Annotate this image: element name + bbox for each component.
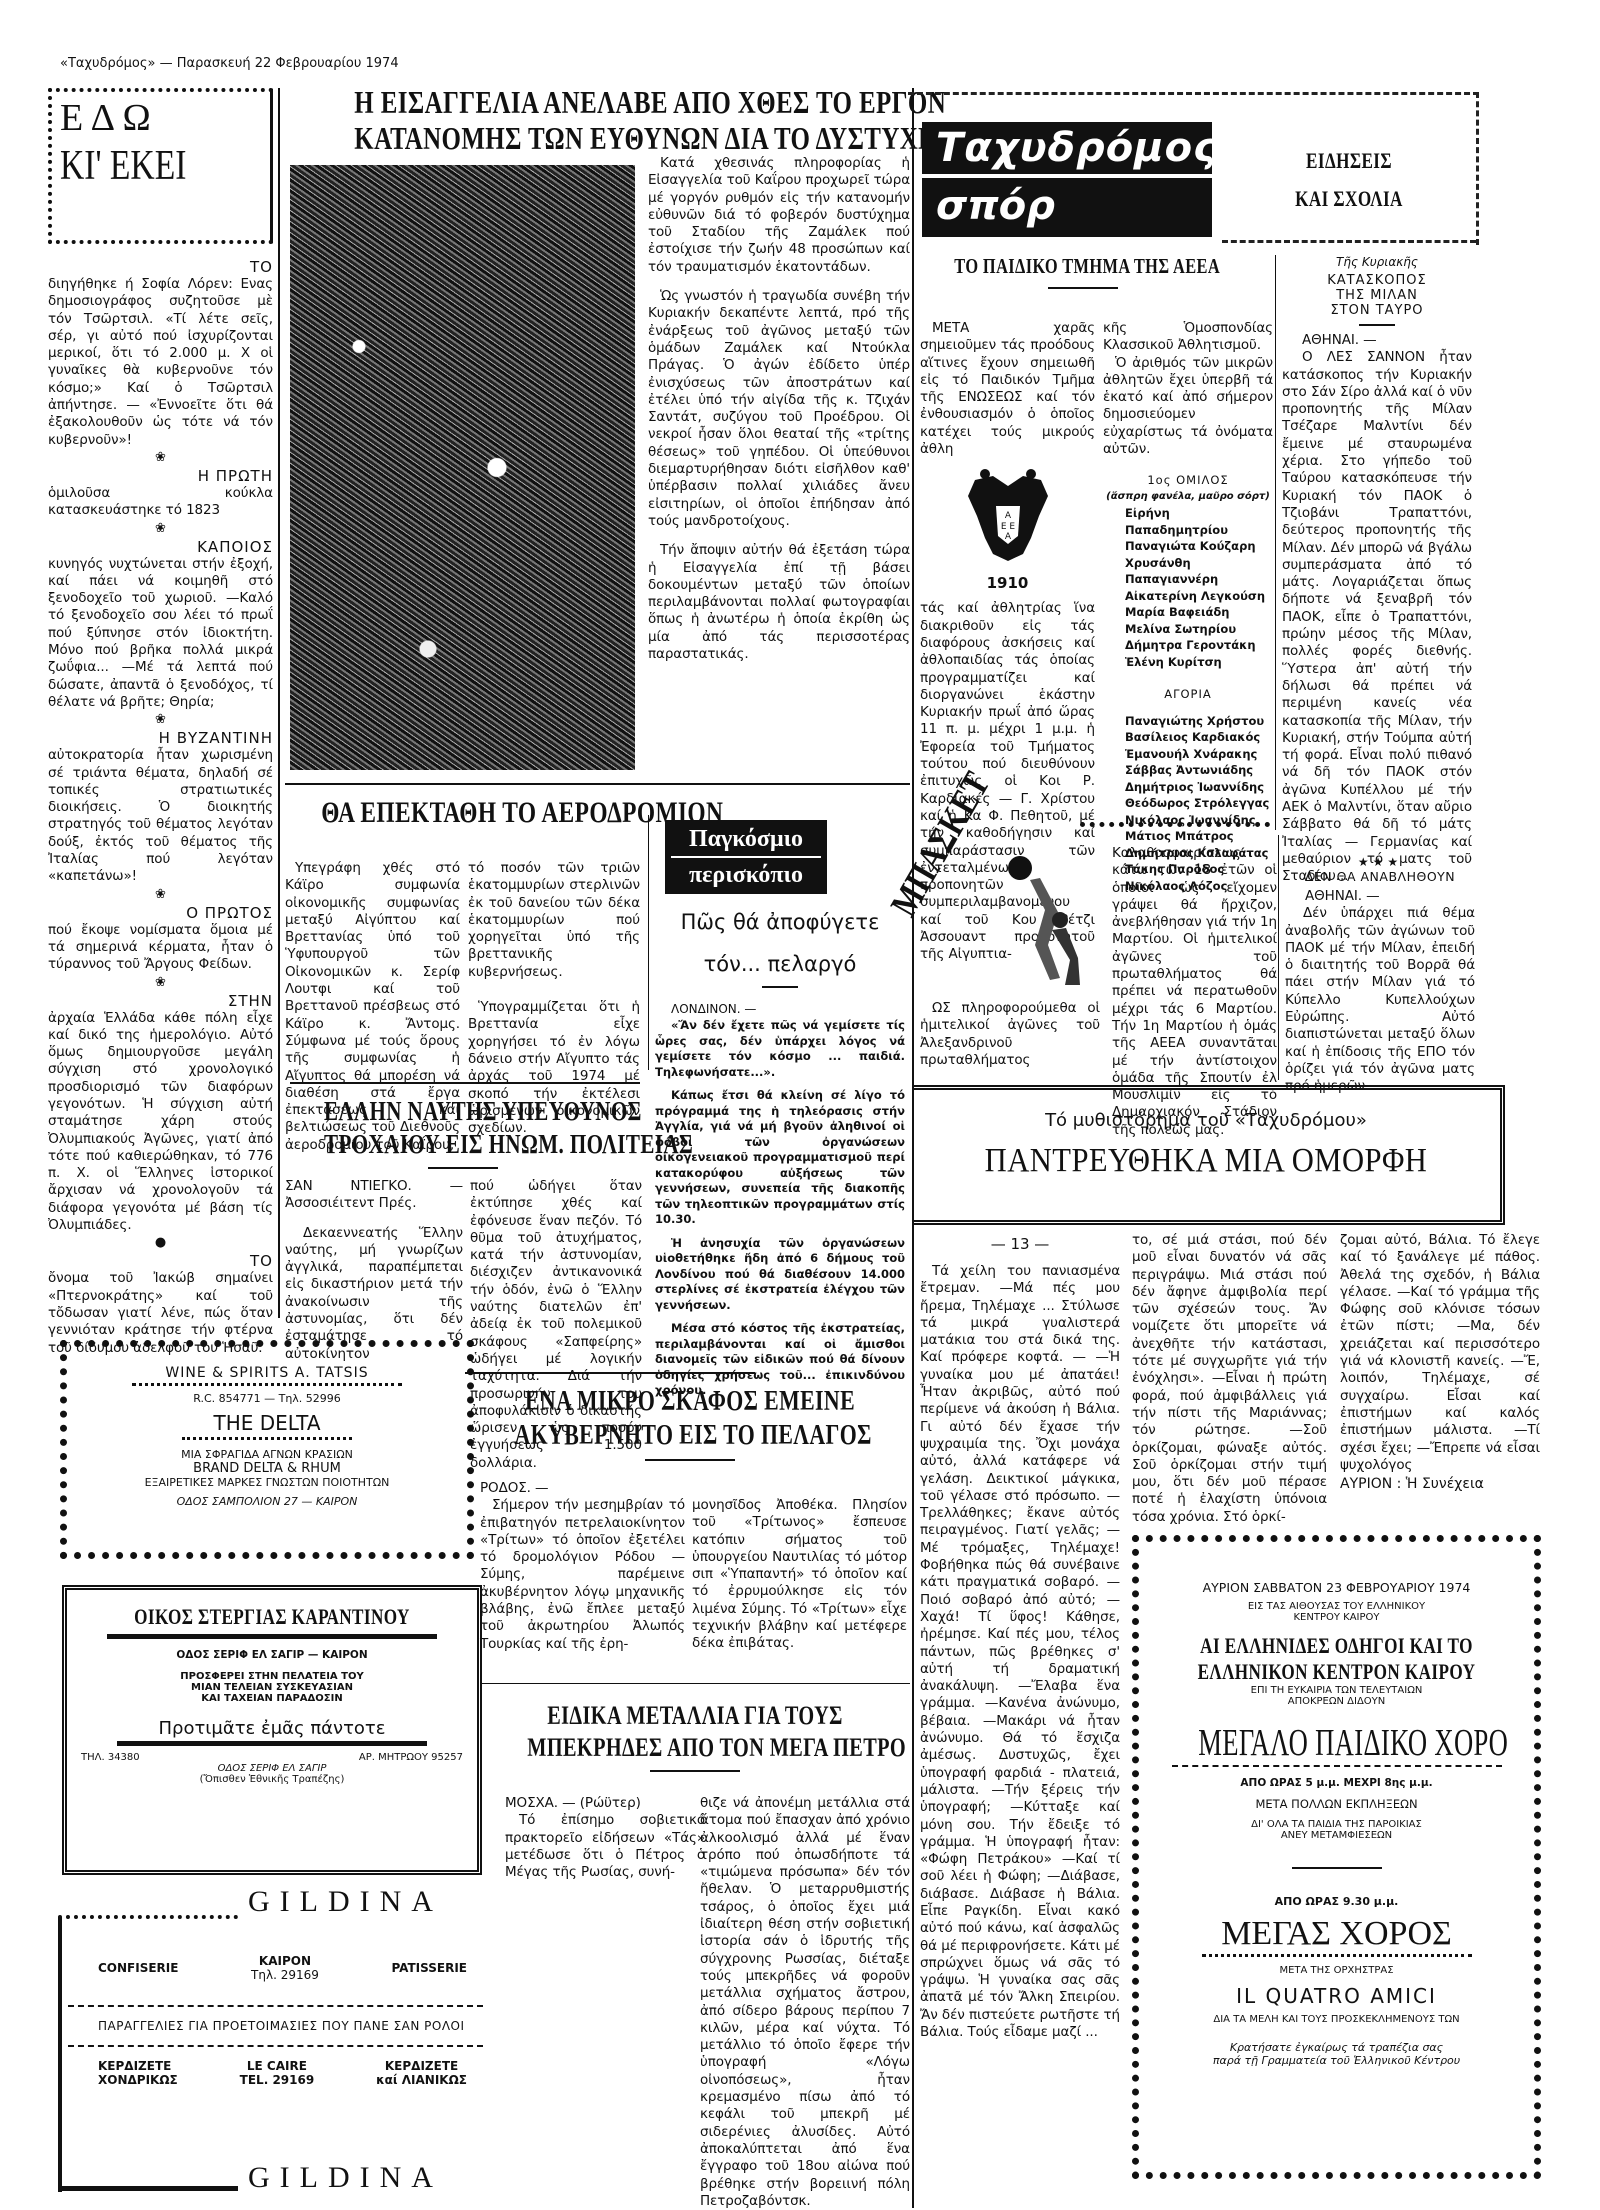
- left-column: Ε Δ Ω ΚΙ' ΕΚΕΙ ΤΟ διηγήθηκε ή Σοφία Λόρε…: [48, 88, 273, 1357]
- milan-text: Ο ΛΕΣ ΣΑΝΝΟΝ ἦταν κατάσκοπος τήν Κυριακή…: [1282, 349, 1472, 885]
- gildina-brand-top: GILDINA: [248, 1885, 443, 1919]
- left-item: ΤΟ διηγήθηκε ή Σοφία Λόρεν: Ενας δημοσιο…: [48, 258, 273, 467]
- column-divider: [278, 88, 280, 1318]
- box-title-line1: Ε Δ Ω: [60, 96, 262, 140]
- boat-story-headline: ΕΝΑ ΜΙΚΡΟ ΣΚΑΦΟΣ ΕΜΕΙΝΕ ΑΚΥΒΕΡΝΗΤΟ ΕΙΣ Τ…: [465, 1385, 915, 1461]
- group1-title: 1ος ΟΜΙΛΟΣ: [1103, 472, 1273, 489]
- left-item-lead: ΤΟ: [48, 258, 273, 276]
- ornament-icon: ●: [48, 1234, 273, 1252]
- tatsis-line4: ΜΙΑ ΣΦΡΑΓΙΔΑ ΑΓΝΩΝ ΚΡΑΣΙΩΝ: [67, 1448, 467, 1461]
- running-head: «Ταχυδρόμος» — Παρασκευή 22 Φεβρουαρίου …: [60, 56, 399, 71]
- svg-text:Α: Α: [1004, 532, 1011, 542]
- divider: [465, 1372, 755, 1374]
- left-item-lead: Ο ΠΡΩΤΟΣ: [48, 904, 273, 922]
- periscope-banner: Παγκόσμιο περισκόπιο: [665, 820, 827, 894]
- member-name: Θεόδωρος Στρόλεγγας: [1125, 795, 1273, 812]
- left-item-text: κυνηγός νυχτώνεται στήν ἐξοχή, καί πάει …: [48, 556, 273, 712]
- hc-line16: IL QUATRO AMICI: [1139, 1984, 1534, 2008]
- milan-headline-2: ΤΗΣ ΜΙΛΑΝ: [1282, 288, 1472, 303]
- gildina-patisserie: PATISSERIE: [391, 1961, 467, 1975]
- no-postpone-story: ★★★ ΔΕΝ ΘΑ ΑΝΑΒΛΗΘΟΥΝ ΑΘΗΝΑΙ. — Δέν ὑπάρ…: [1285, 855, 1475, 1096]
- gildina-tel: TEL. 29169: [240, 2073, 315, 2087]
- kids-col2-p2: Ὁ ἀριθμός τῶν μικρῶν ἀθλητῶν ἔχει ὑπερβῆ…: [1103, 355, 1273, 459]
- lead-story-headline: Η ΕΙΣΑΓΓΕΛΙΑ ΑΝΕΛΑΒΕ ΑΠΟ ΧΘΕΣ ΤΟ ΕΡΓΟΝ Κ…: [285, 84, 915, 156]
- tatsis-line6: ΕΞΑΙΡΕΤΙΚΕΣ ΜΑΡΚΕΣ ΓΝΩΣΤΩΝ ΠΟΙΟΤΗΤΩΝ: [67, 1476, 467, 1489]
- sailor-headline-line2: ΤΡΟΧΑΙΟΥ ΕΙΣ ΗΝΩΜ. ΠΟΛΙΤΕΙΑΣ: [324, 1128, 601, 1161]
- tatsis-line2: R.C. 854771 — Τηλ. 52996: [67, 1392, 467, 1405]
- news-comments-box: ΕΙΔΗΣΕΙΣ ΚΑΙ ΣΧΟΛΙΑ: [1222, 140, 1476, 243]
- sailor-story-headline: ΕΛΛΗΝ ΝΑΥΤΗΣ ΥΠΕΥΘΥΝΟΣ ΤΡΟΧΑΙΟΥ ΕΙΣ ΗΝΩΜ…: [285, 1095, 640, 1169]
- no-postpone-dateline: ΑΘΗΝΑΙ. —: [1285, 888, 1475, 905]
- hc-line19: παρά τῇ Γραμματεία τοῦ Ἑλληνικοῦ Κέντρου: [1139, 2054, 1534, 2067]
- medals-col1: ΜΟΣΧΑ. — (Ρώϋτερ) Τό ἐπίσημο σοβιετικό π…: [505, 1795, 705, 1881]
- periscope-title-line2: τόν... πελαργό: [655, 952, 905, 976]
- left-item: Η ΒΥΖΑΝΤΙΝΗ αὐτοκρατορία ἦταν χωρισμένη …: [48, 729, 273, 903]
- member-name: Αἰκατερίνη Λεγκούση: [1125, 588, 1273, 605]
- milan-headline-1: ΚΑΤΑΣΚΟΠΟΣ: [1282, 273, 1472, 288]
- divider: [290, 1082, 640, 1084]
- sports-banner: Ταχυδρόμος σπόρ: [922, 122, 1212, 237]
- left-item-text: ἀρχαία Ἑλλάδα κάθε πόλη εἶχε καί δικό τη…: [48, 1010, 273, 1235]
- stadium-photo: [290, 165, 635, 770]
- member-name: Βασίλειος Καρδιακός: [1125, 729, 1273, 746]
- gildina-brand-bottom: GILDINA: [248, 2161, 443, 2195]
- column-divider: [1278, 835, 1279, 1080]
- hc-line17: ΔΙΑ ΤΑ ΜΕΛΗ ΚΑΙ ΤΟΥΣ ΠΡΟΣΚΕΚΛΗΜΕΝΟΥΣ ΤΩΝ: [1139, 2014, 1534, 2025]
- novel-col3-text: ζομαι αὐτό, Βάλια. Τό ἔλεγε καί τό ξανάλ…: [1340, 1232, 1540, 1474]
- medals-col1-text: Τό ἐπίσημο σοβιετικό πρακτορεῖο εἰδήσεων…: [505, 1812, 705, 1881]
- gildina-phone: Τηλ. 29169: [251, 1968, 319, 1982]
- boat-col1-text: Σήμερον τήν μεσημβρίαν τό ἐπιβατηγόν πετ…: [480, 1497, 685, 1653]
- novel-col2: το, σέ μιά στάσι, πού δέν μοῦ εἶναι δυνα…: [1132, 1232, 1327, 1526]
- no-postpone-text: Δέν ὑπάρχει πιά θέμα ἀναβολῆς τῶν ἀγώνων…: [1285, 905, 1475, 1095]
- ornament-icon: ❀: [48, 711, 273, 729]
- column-divider: [1275, 255, 1276, 830]
- medals-headline-line2: ΜΠΕΚΡΗΔΕΣ ΑΠΟ ΤΟΝ ΜΕΓΑ ΠΕΤΡΟ: [527, 1732, 862, 1764]
- hc-line14: ΜΕΓΑΣ ΧΟΡΟΣ: [1139, 1914, 1534, 1954]
- gildina-retail-1: ΚΕΡΔΙΖΕΤΕ: [376, 2059, 467, 2073]
- basket-col1: ΩΣ πληροφορούμεθα οἱ ἡμιτελικοί ἀγῶνες τ…: [920, 1000, 1100, 1069]
- left-item: Η ΠΡΩΤΗ ὁμιλοῦσα κούκλα κατασκευάστηκε τ…: [48, 467, 273, 538]
- lead-headline-line2: ΚΑΤΑΝΟΜΗΣ ΤΩΝ ΕΥΘΥΝΩΝ ΔΙΑ ΤΟ ΔΥΣΤΥΧΗΜΑ: [354, 120, 845, 156]
- news-comments-line1: ΕΙΔΗΣΕΙΣ: [1250, 146, 1448, 176]
- milan-headline-3: ΣΤΟΝ ΤΑΥΡΟ: [1282, 303, 1472, 318]
- novel-header-box: Τό μυθιστόρημα τοῦ «Ταχυδρόμου» ΠΑΝΤΡΕΥΘ…: [912, 1085, 1505, 1225]
- karantinou-offer3: ΚΑΙ ΤΑΧΕΙΑΝ ΠΑΡΑΔΟΣΙΝ: [67, 1693, 477, 1704]
- hc-line7: ΑΠΟΚΡΕΩΝ ΔΙΔΟΥΝ: [1139, 1696, 1534, 1707]
- paragraph: Ὡς γνωστόν ἡ τραγωδία συνέβη τήν Κυριακή…: [648, 288, 910, 530]
- karantinou-address2: ΟΔΟΣ ΣΕΡΙΦ ΕΛ ΣΑΓΙΡ: [67, 1763, 477, 1774]
- sailor-dateline: ΣΑΝ ΝΤΙΕΓΚΟ. — Ἀσσοσιέιτεντ Πρές.: [285, 1178, 463, 1213]
- karantinou-phone: ΤΗΛ. 34380: [81, 1752, 140, 1763]
- karantinou-title: ΟΙΚΟΣ ΣΤΕΡΓΙΑΣ ΚΑΡΑΝΤΙΝΟΥ: [112, 1604, 432, 1630]
- gildina-wholesale-2: ΧΟΝΔΡΙΚΩΣ: [98, 2073, 178, 2087]
- member-name: Ἑλένη Κυρίτση: [1125, 654, 1273, 671]
- group1-subtitle: (ἄσπρη φανέλα, μαῦρο σόρτ): [1103, 489, 1273, 506]
- hc-line18: Κρατήσατε ἐγκαίρως τά τραπέζια σας: [1139, 2041, 1534, 2054]
- karantinou-offer2: ΜΙΑΝ ΤΕΛΕΙΑΝ ΣΥΣΚΕΥΑΣΙΑΝ: [67, 1682, 477, 1693]
- divider: [480, 1683, 910, 1684]
- periscope-column: Παγκόσμιο περισκόπιο Πῶς θά ἀποφύγετε τό…: [655, 820, 905, 1399]
- tatsis-line5: BRAND DELTA & RHUM: [67, 1461, 467, 1476]
- ornament-icon: ❀: [48, 886, 273, 904]
- member-name: Μαρία Βαφειάδη: [1125, 604, 1273, 621]
- banner-line1: Παγκόσμιο: [671, 824, 821, 854]
- paragraph: τό ποσόν τῶν τριῶν ἑκατομμυρίων στερλινῶ…: [468, 860, 640, 981]
- member-name: Ἐμανουήλ Χνάρακης: [1125, 746, 1273, 763]
- sports-banner-line2: σπόρ: [922, 178, 1212, 234]
- gildina-retail-2: καί ΛΙΑΝΙΚΩΣ: [376, 2073, 467, 2087]
- milan-story: Τῆς Κυριακῆς ΚΑΤΑΣΚΟΠΟΣ ΤΗΣ ΜΙΛΑΝ ΣΤΟΝ Τ…: [1282, 255, 1472, 886]
- hc-line11: ΔΙ' ΟΛΑ ΤΑ ΠΑΙΔΙΑ ΤΗΣ ΠΑΡΟΙΚΙΑΣ: [1139, 1819, 1534, 1830]
- boat-headline-line2: ΑΚΥΒΕΡΝΗΤΟ ΕΙΣ ΤΟ ΠΕΛΑΓΟΣ: [515, 1419, 866, 1453]
- hc-line4: ΑΙ ΕΛΛΗΝΙΔΕΣ ΟΔΗΓΟΙ ΚΑΙ ΤΟ: [1182, 1633, 1490, 1659]
- karantinou-address: ΟΔΟΣ ΣΕΡΙΦ ΕΛ ΣΑΓΙΡ — ΚΑΙΡΟΝ: [67, 1649, 477, 1661]
- left-item: ΚΑΠΟΙΟΣ κυνηγός νυχτώνεται στήν ἐξοχή, κ…: [48, 538, 273, 730]
- no-postpone-headline: ΔΕΝ ΘΑ ΑΝΑΒΛΗΘΟΥΝ: [1285, 869, 1475, 884]
- column-divider: [648, 815, 649, 1070]
- medals-dateline: ΜΟΣΧΑ. — (Ρώϋτερ): [505, 1795, 705, 1812]
- svg-text:Ε Ε: Ε Ε: [1000, 522, 1015, 532]
- hc-line2: ΕΙΣ ΤΑΣ ΑΙΘΟΥΣΑΣ ΤΟΥ ΕΛΛΗΝΙΚΟΥ: [1139, 1601, 1534, 1612]
- karantinou-slogan: Προτιμᾶτε ἐμᾶς πάντοτε: [67, 1718, 477, 1739]
- edo-ki-ekei-box: Ε Δ Ω ΚΙ' ΕΚΕΙ: [48, 88, 273, 244]
- member-name: Χρυσάνθη Παπαγιαννέρη: [1125, 555, 1273, 588]
- banner-line2: περισκόπιο: [671, 860, 821, 890]
- novel-title: ΠΑΝΤΡΕΥΘΗΚΑ ΜΙΑ ΟΜΟΡΦΗ: [941, 1139, 1470, 1183]
- kids-col1-p1: ΜΕΤΑ χαρᾶς σημειοῦμεν τάς προόδους αἵτιν…: [920, 320, 1095, 458]
- member-name: Σάββας Ἀντωνιάδης: [1125, 762, 1273, 779]
- basketball-players-icon: [990, 850, 1090, 990]
- hc-line13: ΑΠΟ ΩΡΑΣ 9.30 μ.μ.: [1139, 1895, 1534, 1908]
- left-item-text: πού ἔκοψε νομίσματα ὅμοια μέ τά σημερινά…: [48, 922, 273, 974]
- left-item-lead: ΤΟ: [48, 1252, 273, 1270]
- novel-col1: — 13 — Τά χείλη του πανιασμένα ἔτρεμαν. …: [920, 1235, 1120, 2041]
- karantinou-offer1: ΠΡΟΣΦΕΡΕΙ ΣΤΗΝ ΠΕΛΑΤΕΙΑ ΤΟΥ: [67, 1671, 477, 1682]
- ad-gildina: GILDINA CONFISERIE ΚΑΙΡΟΝ Τηλ. 29169 PAT…: [58, 1885, 483, 2195]
- novel-col1-text: Τά χείλη του πανιασμένα ἔτρεμαν. —Μά πές…: [920, 1263, 1120, 2041]
- boat-col2: μονησῖδος Ἀποθέκα. Πλησίον τοῦ «Τρίτωνος…: [692, 1497, 907, 1653]
- milan-byline: Τῆς Κυριακῆς: [1282, 255, 1472, 269]
- box-title-line2: ΚΙ' ΕΚΕΙ: [60, 140, 222, 192]
- hc-line15: ΜΕΤΑ ΤΗΣ ΟΡΧΗΣΤΡΑΣ: [1139, 1965, 1534, 1976]
- novel-col3: ζομαι αὐτό, Βάλια. Τό ἔλεγε καί τό ξανάλ…: [1340, 1232, 1540, 1492]
- member-name: Μελίνα Σωτηρίου: [1125, 621, 1273, 638]
- left-item: Ο ΠΡΩΤΟΣ πού ἔκοψε νομίσματα ὅμοια μέ τά…: [48, 904, 273, 992]
- kids-team-headline: ΤΟ ΠΑΙΔΙΚΟ ΤΜΗΜΑ ΤΗΣ ΑΕΕΑ: [918, 253, 1248, 289]
- left-item-lead: Η ΠΡΩΤΗ: [48, 467, 273, 485]
- left-item-text: ὁμιλοῦσα κούκλα κατασκευάστηκε τό 1823: [48, 485, 273, 520]
- paragraph: Τήν ἄποψιν αὐτήν θά ἐξετάση τώρα ἡ Εἰσαγ…: [648, 542, 910, 663]
- gildina-banner: ΠΑΡΑΓΓΕΛΙΕΣ ΓΙΑ ΠΡΟΕΤΟΙΜΑΣΙΕΣ ΠΟΥ ΠΑΝΕ Σ…: [58, 2007, 483, 2045]
- sports-banner-line1: Ταχυδρόμος: [922, 122, 1212, 174]
- emblem-year: 1910: [920, 574, 1095, 592]
- stars-icon: ★★★: [1285, 855, 1475, 869]
- hc-line1: ΑΥΡΙΟΝ ΣΑΒΒΑΤΟΝ 23 ΦΕΒΡΟΥΑΡΙΟΥ 1974: [1139, 1580, 1534, 1595]
- dotted-divider: [1080, 822, 1270, 827]
- sailor-headline-line1: ΕΛΛΗΝ ΝΑΥΤΗΣ ΥΠΕΥΘΥΝΟΣ: [324, 1095, 601, 1128]
- news-comments-line2: ΚΑΙ ΣΧΟΛΙΑ: [1250, 184, 1448, 214]
- left-item-text: αὐτοκρατορία ἦταν χωρισμένη σέ τριάντα θ…: [48, 747, 273, 885]
- ornament-icon: ❀: [48, 520, 273, 538]
- hc-line9: ΑΠΟ ΩΡΑΣ 5 μ.μ. ΜΕΧΡΙ 8ης μ.μ.: [1139, 1777, 1534, 1789]
- group1-members: Εἰρήνη ΠαπαδημητρίουΠαναγιώτα ΚούζαρηΧρυ…: [1103, 505, 1273, 670]
- tatsis-line3: THE DELTA: [67, 1411, 467, 1435]
- ornament-icon: ❀: [48, 974, 273, 992]
- novel-kicker: Τό μυθιστόρημα τοῦ «Ταχυδρόμου»: [912, 1110, 1500, 1131]
- ad-karantinou: ΟΙΚΟΣ ΣΤΕΡΓΙΑΣ ΚΑΡΑΝΤΙΝΟΥ ΟΔΟΣ ΣΕΡΙΦ ΕΛ …: [62, 1585, 482, 1875]
- member-name: Δήμητρα Γεροντάκη: [1125, 637, 1273, 654]
- member-name: Παναγιώτα Κούζαρη: [1125, 538, 1273, 555]
- novel-continuation: ΑΥΡΙΟΝ : Ἡ Συνέχεια: [1340, 1476, 1540, 1492]
- medals-col2: θιζε νά ἀπονέμη μετάλλια στά ἄτομα πού ἔ…: [700, 1795, 910, 2210]
- paragraph: Κατά χθεσινάς πληροφορίας ἡ Εἰσαγγελία τ…: [648, 155, 910, 276]
- gildina-confiserie: CONFISERIE: [98, 1961, 178, 1975]
- divider: [285, 783, 910, 785]
- left-item-lead: Η ΒΥΖΑΝΤΙΝΗ: [48, 729, 273, 747]
- left-item-lead: ΚΑΠΟΙΟΣ: [48, 538, 273, 556]
- gildina-le-caire: LE CAIRE: [240, 2059, 315, 2073]
- gildina-cairo: ΚΑΙΡΟΝ: [251, 1954, 319, 1968]
- ad-tatsis: WINE & SPIRITS Α. TATSIS R.C. 854771 — Τ…: [60, 1340, 474, 1559]
- novel-chapter: — 13 —: [920, 1235, 1120, 1253]
- hc-line6: ΕΠΙ ΤΗ ΕΥΚΑΙΡΙΑ ΤΩΝ ΤΕΛΕΥΤΑΙΩΝ: [1139, 1685, 1534, 1696]
- hc-line8: ΜΕΓΑΛΟ ΠΑΙΔΙΚΟ ΧΟΡΟ: [1198, 1721, 1475, 1765]
- lead-story-body: Κατά χθεσινάς πληροφορίας ἡ Εἰσαγγελία τ…: [648, 155, 910, 663]
- ornament-icon: ❀: [48, 449, 273, 467]
- airport-story: ΘΑ ΕΠΕΚΤΑΘΗ ΤΟ ΑΕΡΟΔΡΟΜΙΟΝ: [285, 795, 615, 831]
- medals-story-headline: ΕΙΔΙΚΑ ΜΕΤΑΛΛΙΑ ΓΙΑ ΤΟΥΣ ΜΠΕΚΡΗΔΕΣ ΑΠΟ Τ…: [480, 1700, 910, 1772]
- tatsis-line1: WINE & SPIRITS Α. TATSIS: [67, 1365, 467, 1381]
- left-item-lead: ΣΤΗΝ: [48, 992, 273, 1010]
- tatsis-line7: ΟΔΟΣ ΣΑΜΠΟΛΙΟΝ 27 — ΚΑΙΡΟΝ: [67, 1495, 467, 1508]
- boat-dateline: ΡΟΔΟΣ. —: [480, 1480, 685, 1497]
- hc-line5: ΕΛΛΗΝΙΚΟΝ ΚΕΝΤΡΟΝ ΚΑΙΡΟΥ: [1182, 1659, 1490, 1685]
- lead-headline-line1: Η ΕΙΣΑΓΓΕΛΙΑ ΑΝΕΛΑΒΕ ΑΠΟ ΧΘΕΣ ΤΟ ΕΡΓΟΝ: [354, 84, 845, 120]
- periscope-dateline: ΛΟΝΔΙΝΟΝ. —: [671, 1002, 905, 1016]
- aeea-emblem: Α Ε Ε Α 1910: [920, 466, 1095, 592]
- hc-line10: ΜΕΤΑ ΠΟΛΛΩΝ ΕΚΠΛΗΞΕΩΝ: [1139, 1797, 1534, 1811]
- kids-col2-p1: κῆς Ὁμοσπονδίας Κλασσικοῦ Ἀθλητισμοῦ.: [1103, 320, 1273, 355]
- left-item: ΣΤΗΝ ἀρχαία Ἑλλάδα κάθε πόλη εἶχε καί δι…: [48, 992, 273, 1253]
- medals-headline-line1: ΕΙΔΙΚΑ ΜΕΤΑΛΛΙΑ ΓΙΑ ΤΟΥΣ: [527, 1700, 862, 1732]
- sailor-col1: ΣΑΝ ΝΤΙΕΓΚΟ. — Ἀσσοσιέιτεντ Πρές. Δεκαεν…: [285, 1178, 463, 1363]
- hc-line3: ΚΕΝΤΡΟΥ ΚΑΙΡΟΥ: [1139, 1612, 1534, 1623]
- paragraph: Ἡ ἀνησυχία τῶν ὀργανώσεων υἱοθετήθηκε ἤδ…: [655, 1236, 905, 1314]
- gildina-wholesale-1: ΚΕΡΔΙΖΕΤΕ: [98, 2059, 178, 2073]
- member-name: Παναγιώτης Χρήστου: [1125, 713, 1273, 730]
- member-name: Δημήτριος Ἰωαννίδης: [1125, 779, 1273, 796]
- paragraph: «Ἄν δέν ἔχετε πῶς νά γεμίσετε τίς ὧρες σ…: [655, 1018, 905, 1080]
- kids-col2: κῆς Ὁμοσπονδίας Κλασσικοῦ Ἀθλητισμοῦ. Ὁ …: [1103, 320, 1273, 894]
- double-headed-eagle-icon: Α Ε Ε Α: [963, 466, 1053, 576]
- ad-hellenic-center: ΑΥΡΙΟΝ ΣΑΒΒΑΤΟΝ 23 ΦΕΒΡΟΥΑΡΙΟΥ 1974 ΕΙΣ …: [1132, 1535, 1541, 2179]
- boat-headline-line1: ΕΝΑ ΜΙΚΡΟ ΣΚΑΦΟΣ ΕΜΕΙΝΕ: [515, 1385, 866, 1419]
- svg-text:Α: Α: [1004, 511, 1011, 521]
- airport-headline: ΘΑ ΕΠΕΚΤΑΘΗ ΤΟ ΑΕΡΟΔΡΟΜΙΟΝ: [321, 795, 578, 831]
- member-name: Εἰρήνη Παπαδημητρίου: [1125, 505, 1273, 538]
- karantinou-address3: (Ὄπισθεν Ἐθνικῆς Τραπέζης): [67, 1774, 477, 1785]
- basketball-art: ΜΠΑΣΚΕΤ: [920, 840, 1095, 990]
- group2-title: ΑΓΟΡΙΑ: [1103, 686, 1273, 703]
- karantinou-registry: ΑΡ. ΜΗΤΡΩΟΥ 95257: [359, 1752, 463, 1763]
- periscope-title-line1: Πῶς θά ἀποφύγετε: [655, 910, 905, 934]
- kids-headline: ΤΟ ΠΑΙΔΙΚΟ ΤΜΗΜΑ ΤΗΣ ΑΕΕΑ: [954, 253, 1211, 279]
- hc-line12: ΑΝΕΥ ΜΕΤΑΜΦΙΕΣΕΩΝ: [1139, 1830, 1534, 1841]
- boat-col1: ΡΟΔΟΣ. — Σήμερον τήν μεσημβρίαν τό ἐπιβα…: [480, 1480, 685, 1653]
- member-name: Μάτιος Μπάτρος: [1125, 828, 1273, 845]
- milan-dateline: ΑΘΗΝΑΙ. —: [1282, 332, 1472, 349]
- left-item-text: διηγήθηκε ή Σοφία Λόρεν: Ενας δημοσιογρά…: [48, 276, 273, 449]
